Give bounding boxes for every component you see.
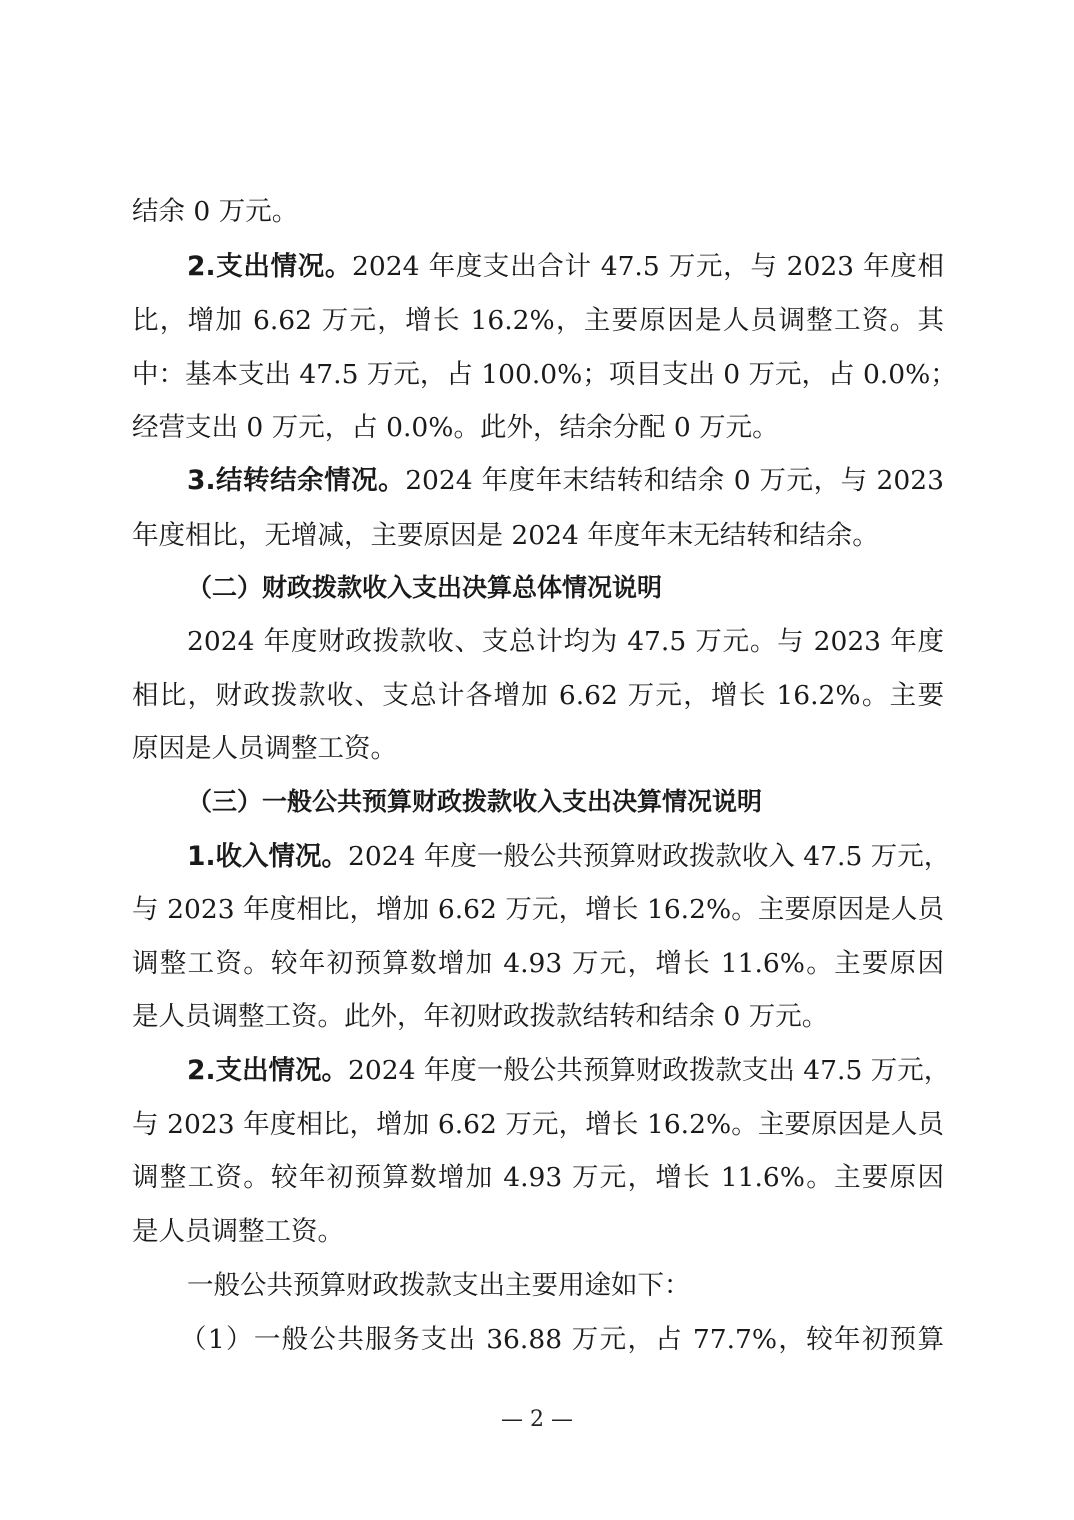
text-line: 中：基本支出 47.5 万元，占 100.0%；项目支出 0 万元，占 0.0%…: [132, 355, 944, 395]
subheading-label: 3.结转结余情况。: [187, 465, 405, 496]
text-line: 原因是人员调整工资。: [132, 729, 944, 769]
text-span: 2024 年度年末结转和结余 0 万元，与 2023: [405, 465, 944, 496]
text-line: 经营支出 0 万元，占 0.0%。此外，结余分配 0 万元。: [132, 408, 944, 448]
text-line: 调整工资。较年初预算数增加 4.93 万元，增长 11.6%。主要原因: [132, 1158, 944, 1198]
text-line: 调整工资。较年初预算数增加 4.93 万元，增长 11.6%。主要原因: [132, 944, 944, 984]
text-line: 是人员调整工资。: [132, 1212, 944, 1252]
text-line: （1）一般公共服务支出 36.88 万元，占 77.7%，较年初预算: [180, 1320, 944, 1360]
page-number: — 2 —: [0, 1407, 1074, 1432]
text-line: 比，增加 6.62 万元，增长 16.2%，主要原因是人员调整工资。其: [132, 301, 944, 341]
text-line: 与 2023 年度相比，增加 6.62 万元，增长 16.2%。主要原因是人员: [132, 1105, 944, 1145]
subheading-label: 2.支出情况。: [187, 251, 352, 282]
subheading-label: 1.收入情况。: [187, 841, 348, 872]
text-span: 2024 年度一般公共预算财政拨款收入 47.5 万元，: [348, 841, 950, 872]
text-line: 结余 0 万元。: [132, 192, 944, 232]
text-line: 1.收入情况。2024 年度一般公共预算财政拨款收入 47.5 万元，: [187, 837, 944, 877]
text-line: 相比，财政拨款收、支总计各增加 6.62 万元，增长 16.2%。主要: [132, 676, 944, 716]
text-line: 3.结转结余情况。2024 年度年末结转和结余 0 万元，与 2023: [187, 461, 944, 501]
section-heading: （二）财政拨款收入支出决算总体情况说明: [187, 568, 999, 608]
text-line: 2024 年度财政拨款收、支总计均为 47.5 万元。与 2023 年度: [187, 622, 944, 662]
text-line: 年度相比，无增减，主要原因是 2024 年度年末无结转和结余。: [132, 516, 944, 556]
text-line: 2.支出情况。2024 年度支出合计 47.5 万元，与 2023 年度相: [187, 247, 944, 287]
text-span: 2024 年度一般公共预算财政拨款支出 47.5 万元，: [348, 1055, 950, 1086]
subheading-label: 2.支出情况。: [187, 1055, 348, 1086]
text-line: 与 2023 年度相比，增加 6.62 万元，增长 16.2%。主要原因是人员: [132, 890, 944, 930]
text-line: 2.支出情况。2024 年度一般公共预算财政拨款支出 47.5 万元，: [187, 1051, 944, 1091]
text-line: 是人员调整工资。此外，年初财政拨款结转和结余 0 万元。: [132, 997, 944, 1037]
text-line: 一般公共预算财政拨款支出主要用途如下：: [187, 1266, 944, 1306]
section-heading: （三）一般公共预算财政拨款收入支出决算情况说明: [187, 782, 999, 822]
text-span: 2024 年度支出合计 47.5 万元，与 2023 年度相: [352, 251, 944, 282]
